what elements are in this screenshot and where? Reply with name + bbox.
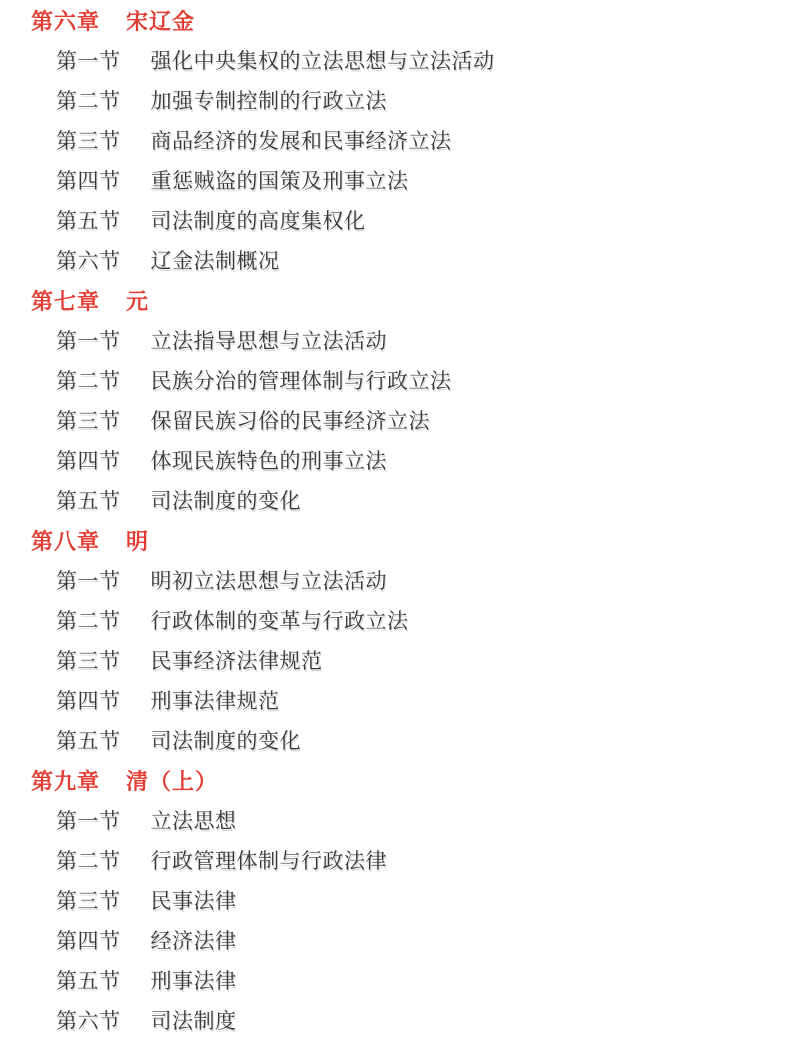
chapter-number: 第九章 [31,765,100,796]
section-title: 司法制度 [151,1005,237,1035]
section-title: 强化中央集权的立法思想与立法活动 [151,45,495,75]
section-number: 第六节 [56,1005,121,1035]
section-title: 体现民族特色的刑事立法 [151,445,388,475]
section-number: 第三节 [56,405,121,435]
section-row: 第二节行政管理体制与行政法律 [0,840,790,880]
section-title: 刑事法律 [151,965,237,995]
section-number: 第五节 [56,725,121,755]
section-title: 司法制度的变化 [151,725,302,755]
section-title: 司法制度的高度集权化 [151,205,366,235]
section-row: 第三节保留民族习俗的民事经济立法 [0,400,790,440]
section-row: 第二节加强专制控制的行政立法 [0,80,790,120]
section-number: 第一节 [56,565,121,595]
chapter-title: 明 [126,525,149,556]
section-row: 第四节经济法律 [0,920,790,960]
section-row: 第三节民事法律 [0,880,790,920]
section-row: 第一节立法指导思想与立法活动 [0,320,790,360]
section-title: 司法制度的变化 [151,485,302,515]
section-number: 第三节 [56,125,121,155]
section-row: 第六节司法制度 [0,1000,790,1040]
section-title: 经济法律 [151,925,237,955]
section-row: 第二节民族分治的管理体制与行政立法 [0,360,790,400]
section-row: 第四节刑事法律规范 [0,680,790,720]
section-row: 第三节商品经济的发展和民事经济立法 [0,120,790,160]
section-number: 第二节 [56,845,121,875]
section-number: 第四节 [56,685,121,715]
chapter-heading: 第七章元 [0,280,790,320]
section-title: 重惩贼盗的国策及刑事立法 [151,165,409,195]
section-number: 第二节 [56,85,121,115]
section-number: 第一节 [56,805,121,835]
section-title: 立法指导思想与立法活动 [151,325,388,355]
section-row: 第三节民事经济法律规范 [0,640,790,680]
chapter-number: 第七章 [31,285,100,316]
section-title: 加强专制控制的行政立法 [151,85,388,115]
section-row: 第一节强化中央集权的立法思想与立法活动 [0,40,790,80]
section-title: 民事法律 [151,885,237,915]
section-number: 第四节 [56,165,121,195]
section-number: 第三节 [56,645,121,675]
section-number: 第一节 [56,325,121,355]
section-number: 第五节 [56,205,121,235]
chapter-number: 第六章 [31,5,100,36]
section-title: 明初立法思想与立法活动 [151,565,388,595]
chapter-title: 清（上） [126,765,218,796]
chapter-heading: 第六章宋辽金 [0,0,790,40]
section-number: 第五节 [56,485,121,515]
section-title: 刑事法律规范 [151,685,280,715]
section-row: 第一节立法思想 [0,800,790,840]
section-title: 辽金法制概况 [151,245,280,275]
section-row: 第六节辽金法制概况 [0,240,790,280]
section-number: 第一节 [56,45,121,75]
section-row: 第五节司法制度的高度集权化 [0,200,790,240]
section-title: 商品经济的发展和民事经济立法 [151,125,452,155]
section-row: 第五节司法制度的变化 [0,720,790,760]
table-of-contents: 第六章宋辽金第一节强化中央集权的立法思想与立法活动第二节加强专制控制的行政立法第… [0,0,790,1040]
section-number: 第四节 [56,445,121,475]
section-row: 第四节重惩贼盗的国策及刑事立法 [0,160,790,200]
section-number: 第六节 [56,245,121,275]
section-title: 行政体制的变革与行政立法 [151,605,409,635]
section-title: 民事经济法律规范 [151,645,323,675]
section-number: 第四节 [56,925,121,955]
section-title: 立法思想 [151,805,237,835]
section-title: 民族分治的管理体制与行政立法 [151,365,452,395]
chapter-heading: 第九章清（上） [0,760,790,800]
section-row: 第二节行政体制的变革与行政立法 [0,600,790,640]
section-row: 第五节刑事法律 [0,960,790,1000]
section-row: 第一节明初立法思想与立法活动 [0,560,790,600]
section-number: 第三节 [56,885,121,915]
chapter-title: 宋辽金 [126,5,195,36]
chapter-heading: 第八章明 [0,520,790,560]
section-number: 第五节 [56,965,121,995]
section-number: 第二节 [56,605,121,635]
section-row: 第四节体现民族特色的刑事立法 [0,440,790,480]
section-title: 保留民族习俗的民事经济立法 [151,405,431,435]
chapter-number: 第八章 [31,525,100,556]
section-title: 行政管理体制与行政法律 [151,845,388,875]
section-number: 第二节 [56,365,121,395]
chapter-title: 元 [126,285,149,316]
section-row: 第五节司法制度的变化 [0,480,790,520]
